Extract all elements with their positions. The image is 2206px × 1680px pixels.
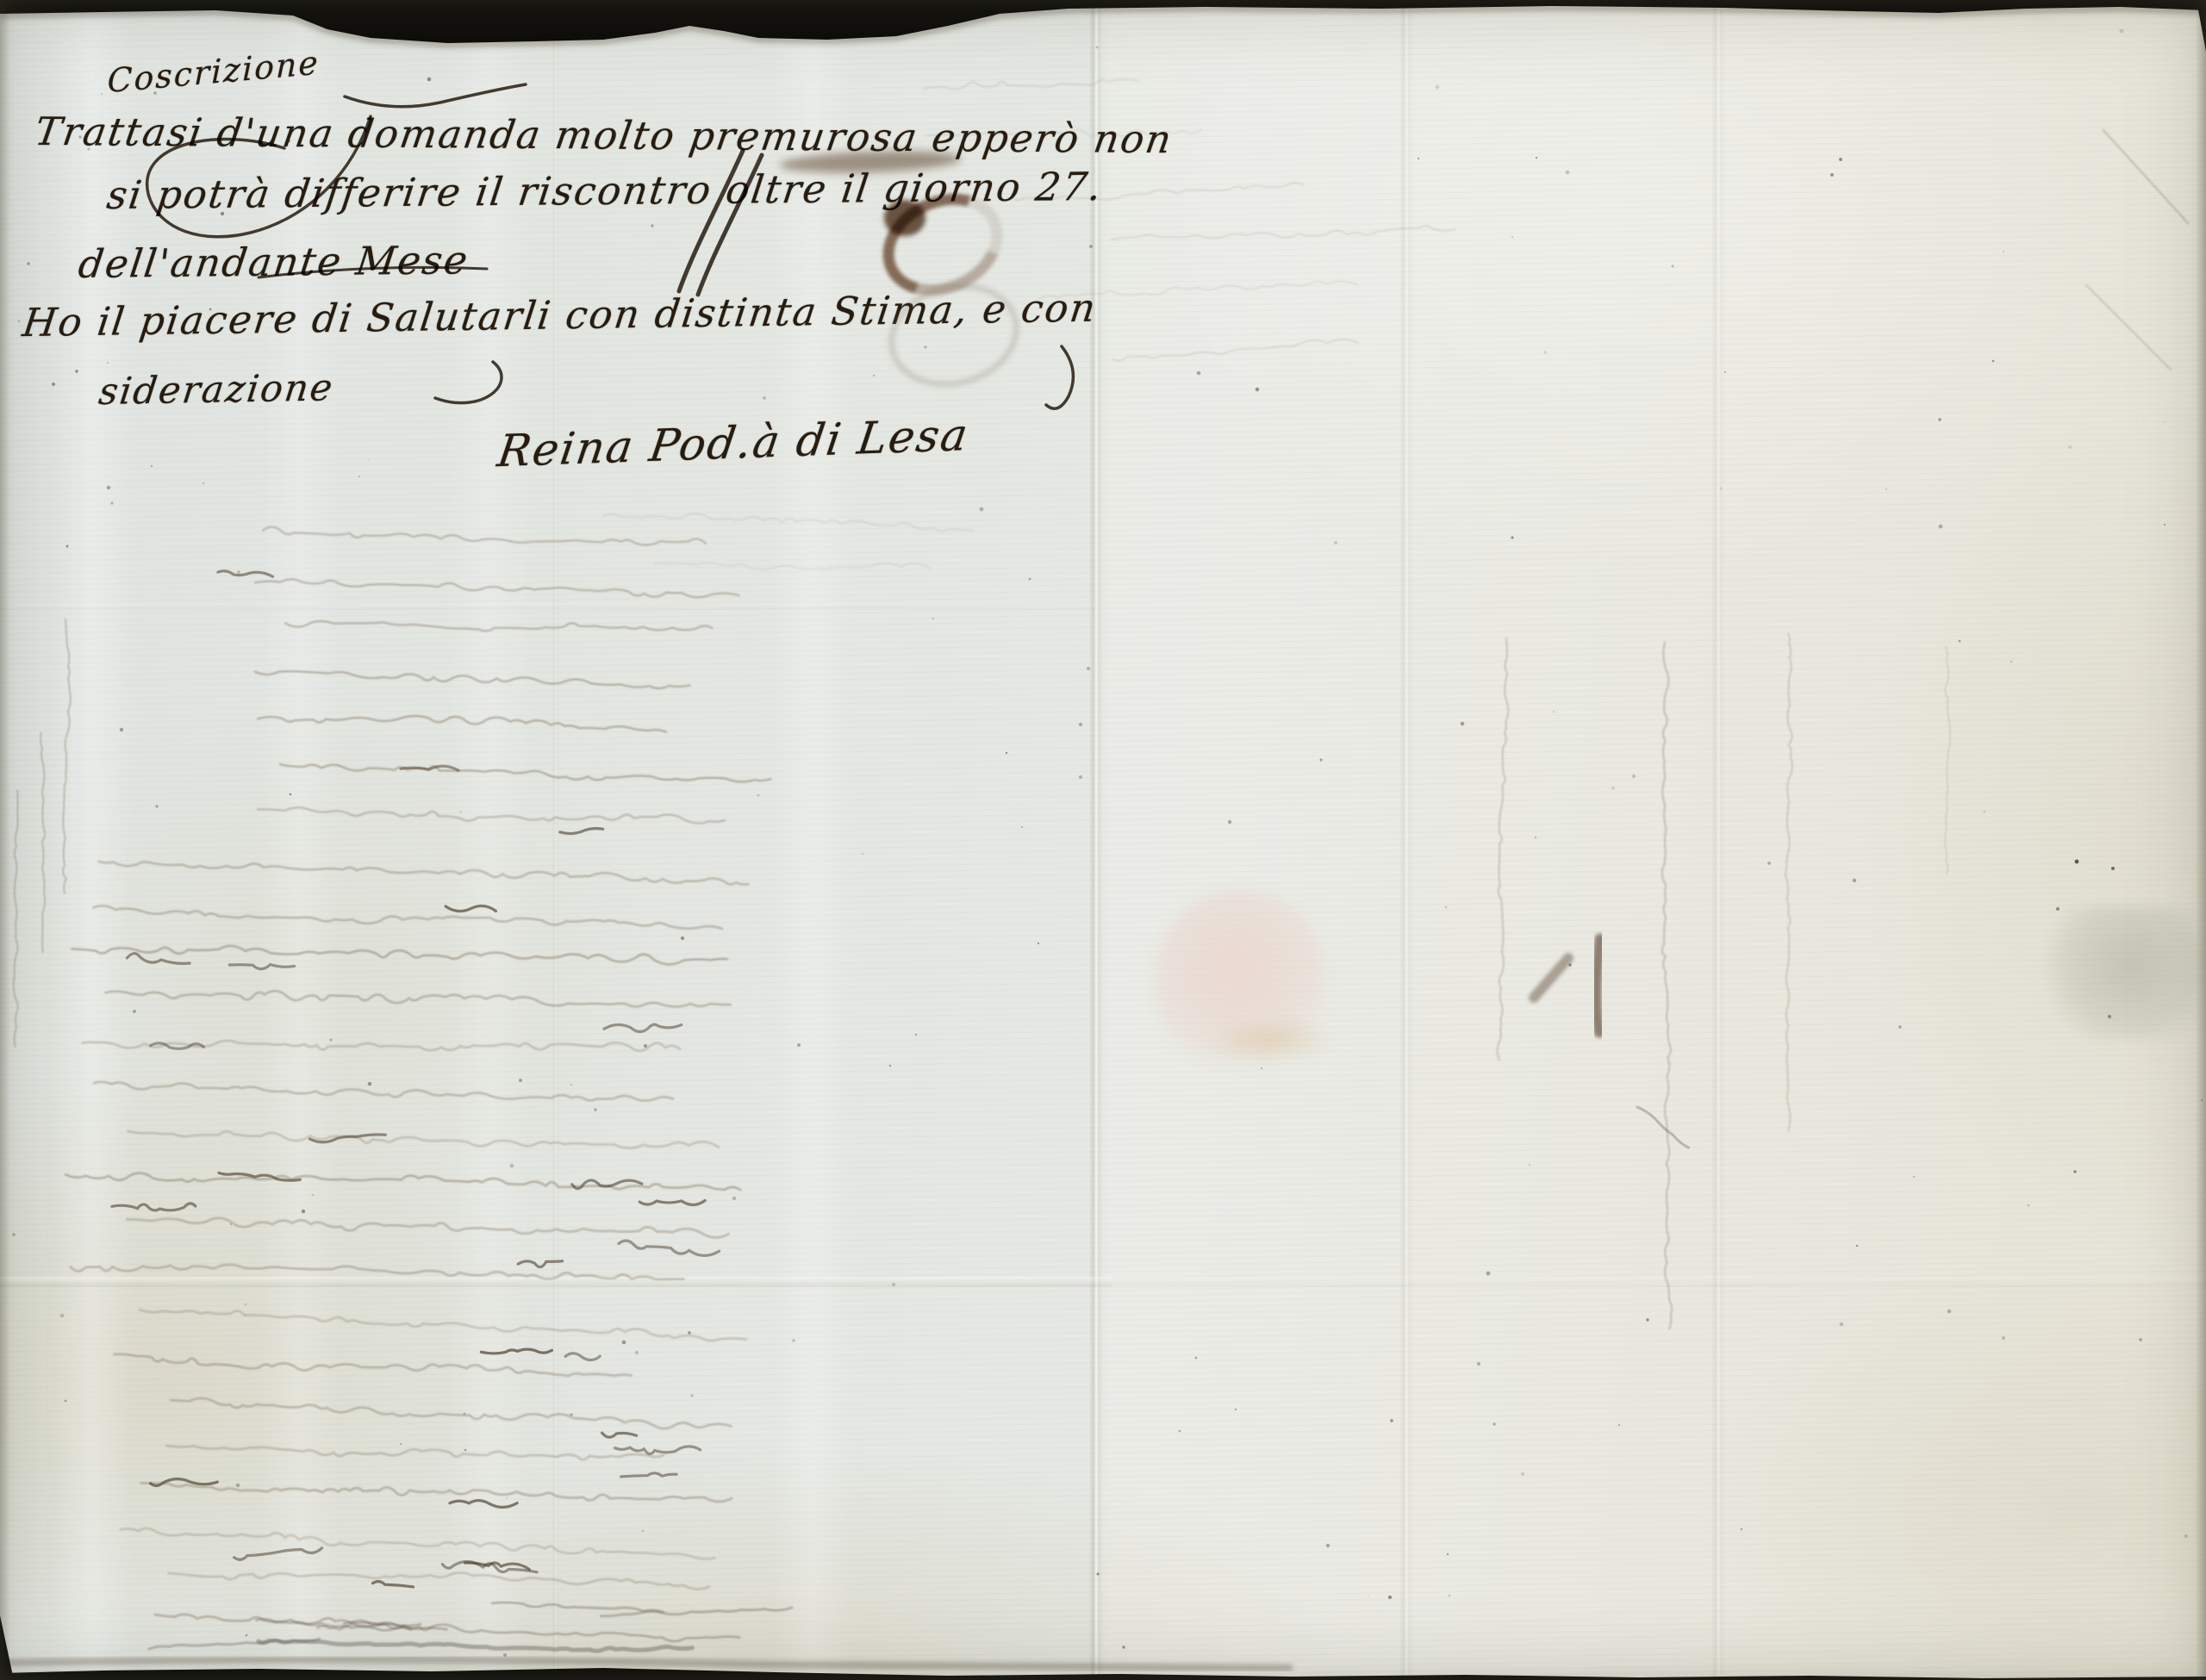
scan-light-streak bbox=[259, 0, 340, 1680]
right-edge-shadow bbox=[2196, 0, 2206, 1680]
scan-light-streak bbox=[771, 0, 853, 1680]
seal-stain-shadow bbox=[1206, 1017, 1336, 1064]
letter-line: Trattasi d'una domanda molto premurosa e… bbox=[32, 109, 1175, 162]
document-scan: Coscrizione Trattasi d'una domanda molto… bbox=[0, 0, 2206, 1680]
wax-seal-stain bbox=[1153, 889, 1330, 1077]
signature: Reina Pod.à di Lesa bbox=[495, 410, 973, 477]
fold-crease-vertical bbox=[1399, 0, 1413, 1680]
left-edge-shadow bbox=[0, 0, 10, 1680]
center-fold-crease bbox=[1089, 0, 1103, 1680]
ink-blot-dark-spot bbox=[884, 200, 925, 236]
fold-crease-horizontal bbox=[1112, 1277, 2206, 1287]
fold-crease-vertical bbox=[1711, 0, 1725, 1680]
fold-crease-horizontal bbox=[0, 1277, 1112, 1287]
scan-light-streak bbox=[448, 0, 530, 1680]
fold-crease-horizontal bbox=[0, 603, 1094, 610]
ghost-ink-ring bbox=[876, 269, 1031, 401]
ink-blot bbox=[866, 175, 1019, 314]
edge-stain bbox=[2039, 906, 2203, 1040]
letter-line: si potrà differire il riscontro oltre il… bbox=[104, 164, 1106, 218]
fold-crease-vertical bbox=[551, 0, 560, 1680]
scan-light-streak bbox=[52, 0, 134, 1680]
